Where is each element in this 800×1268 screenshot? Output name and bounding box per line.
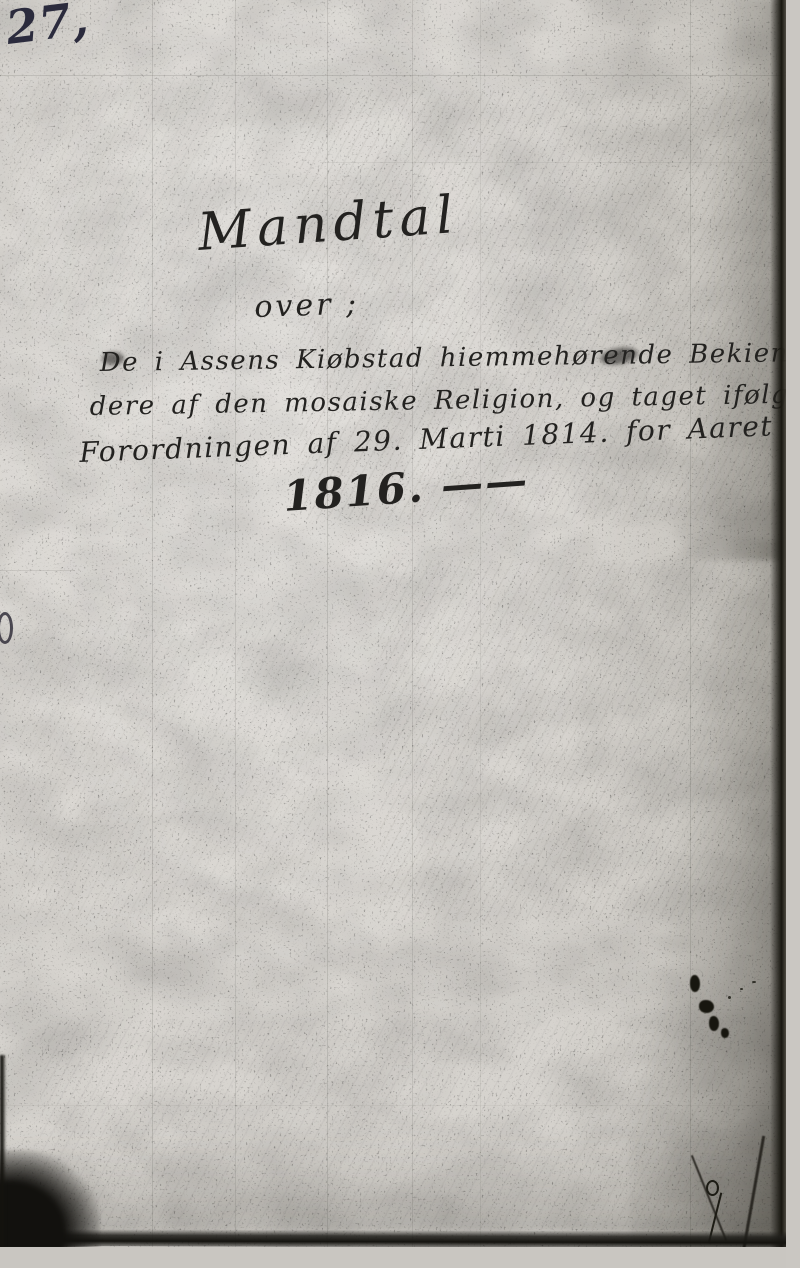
ruled-row-line bbox=[0, 75, 786, 76]
margin-bracket-mark bbox=[0, 612, 13, 644]
paper-right-edge bbox=[770, 0, 786, 1247]
scan-bed-right-strip bbox=[786, 0, 800, 1268]
paper-sheet: 27, Mandtal over ; De i Assens Kiøbstad … bbox=[0, 0, 786, 1247]
ink-blot bbox=[699, 1000, 714, 1013]
right-edge-shadow-upper bbox=[670, 0, 786, 560]
ink-speck bbox=[752, 981, 756, 983]
pen-squiggle-mark bbox=[706, 1180, 719, 1196]
showthrough-hatch-patch bbox=[20, 620, 320, 920]
ink-speck bbox=[728, 996, 731, 999]
ink-blot bbox=[690, 975, 700, 992]
paper-left-edge-lower bbox=[0, 1055, 6, 1250]
document-subtitle: over ; bbox=[254, 286, 360, 325]
paper-bottom-edge bbox=[0, 1229, 786, 1248]
ink-blot bbox=[709, 1016, 719, 1031]
bottom-left-ink-blob bbox=[0, 1150, 100, 1250]
scanned-archive-page: { "scan": { "archival_number": "27,", "c… bbox=[0, 0, 800, 1268]
ink-speck bbox=[740, 988, 743, 990]
ink-blot bbox=[721, 1028, 729, 1038]
archival-page-number: 27, bbox=[3, 0, 92, 55]
ruled-row-line bbox=[0, 570, 75, 571]
bottom-edge-shadow bbox=[0, 1120, 786, 1232]
scan-bed-bottom-strip bbox=[0, 1247, 800, 1268]
